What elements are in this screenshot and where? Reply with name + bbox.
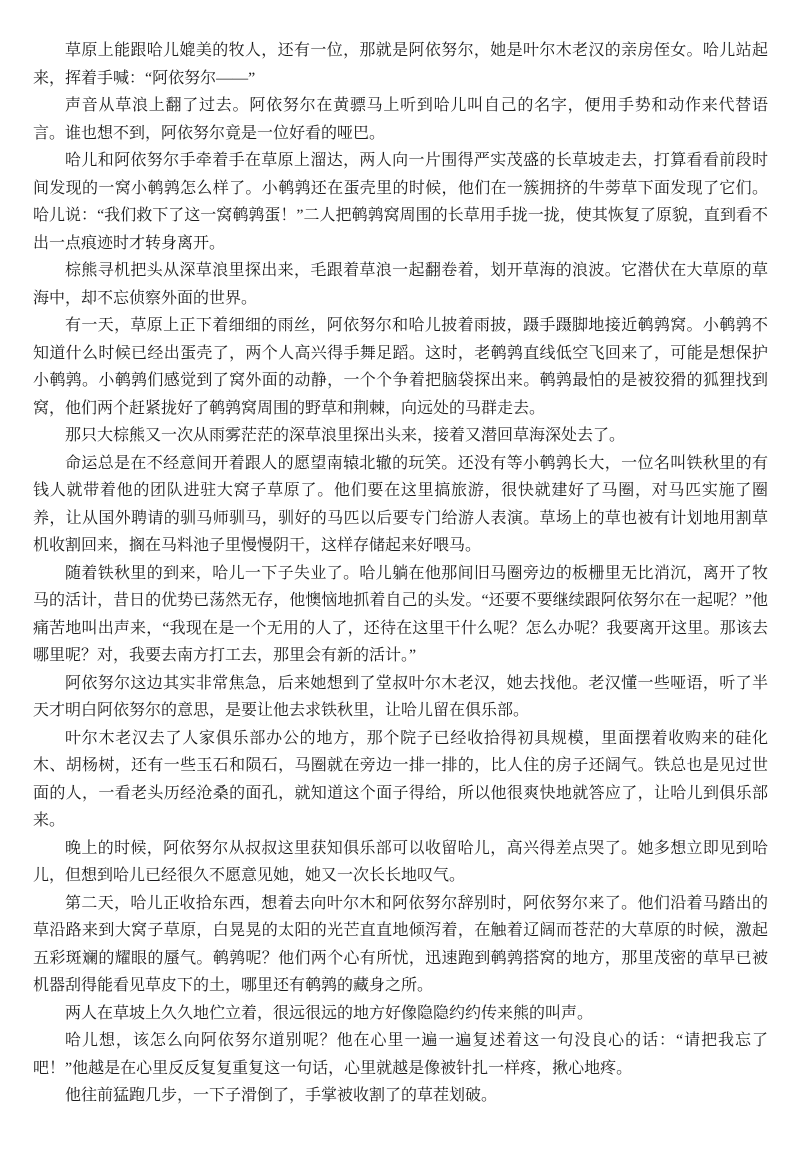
paragraph-4: 棕熊寻机把头从深草浪里探出来，毛跟着草浪一起翻卷着，划开草海的浪波。它潜伏在大草… (33, 257, 768, 312)
paragraph-11: 晚上的时候，阿依努尔从叔叔这里获知俱乐部可以收留哈儿，高兴得差点哭了。她多想立即… (33, 835, 768, 890)
paragraph-13: 两人在草坡上久久地伫立着，很远很远的地方好像隐隐约约传来熊的叫声。 (33, 1000, 768, 1028)
paragraph-14: 哈儿想，该怎么向阿依努尔道别呢？他在心里一遍一遍复述着这一句没良心的话：“请把我… (33, 1027, 768, 1082)
paragraph-5: 有一天，草原上正下着细细的雨丝，阿依努尔和哈儿披着雨披，蹑手蹑脚地接近鹌鹑窝。小… (33, 312, 768, 422)
paragraph-15: 他往前猛跑几步，一下子滑倒了，手掌被收割了的草茬划破。 (33, 1082, 768, 1110)
paragraph-12: 第二天，哈儿正收拾东西，想着去向叶尔木和阿依努尔辞别时，阿依努尔来了。他们沿着马… (33, 890, 768, 1000)
paragraph-3: 哈儿和阿依努尔手牵着手在草原上溜达，两人向一片围得严实茂盛的长草坡走去，打算看看… (33, 147, 768, 257)
paragraph-2: 声音从草浪上翻了过去。阿依努尔在黄骠马上听到哈儿叫自己的名字，便用手势和动作来代… (33, 92, 768, 147)
paragraph-6: 那只大棕熊又一次从雨雾茫茫的深草浪里探出头来，接着又潜回草海深处去了。 (33, 422, 768, 450)
paragraph-8: 随着铁秋里的到来，哈儿一下子失业了。哈儿躺在他那间旧马圈旁边的板栅里无比消沉，离… (33, 560, 768, 670)
paragraph-7: 命运总是在不经意间开着跟人的愿望南辕北辙的玩笑。还没有等小鹌鹑长大，一位名叫铁秋… (33, 450, 768, 560)
document-page: 草原上能跟哈儿媲美的牧人，还有一位，那就是阿依努尔，她是叶尔木老汉的亲房侄女。哈… (0, 0, 800, 1163)
paragraph-9: 阿依努尔这边其实非常焦急，后来她想到了堂叔叶尔木老汉，她去找他。老汉懂一些哑语，… (33, 670, 768, 725)
paragraph-1: 草原上能跟哈儿媲美的牧人，还有一位，那就是阿依努尔，她是叶尔木老汉的亲房侄女。哈… (33, 37, 768, 92)
paragraph-10: 叶尔木老汉去了人家俱乐部办公的地方，那个院子已经收拾得初具规模，里面摆着收购来的… (33, 725, 768, 835)
